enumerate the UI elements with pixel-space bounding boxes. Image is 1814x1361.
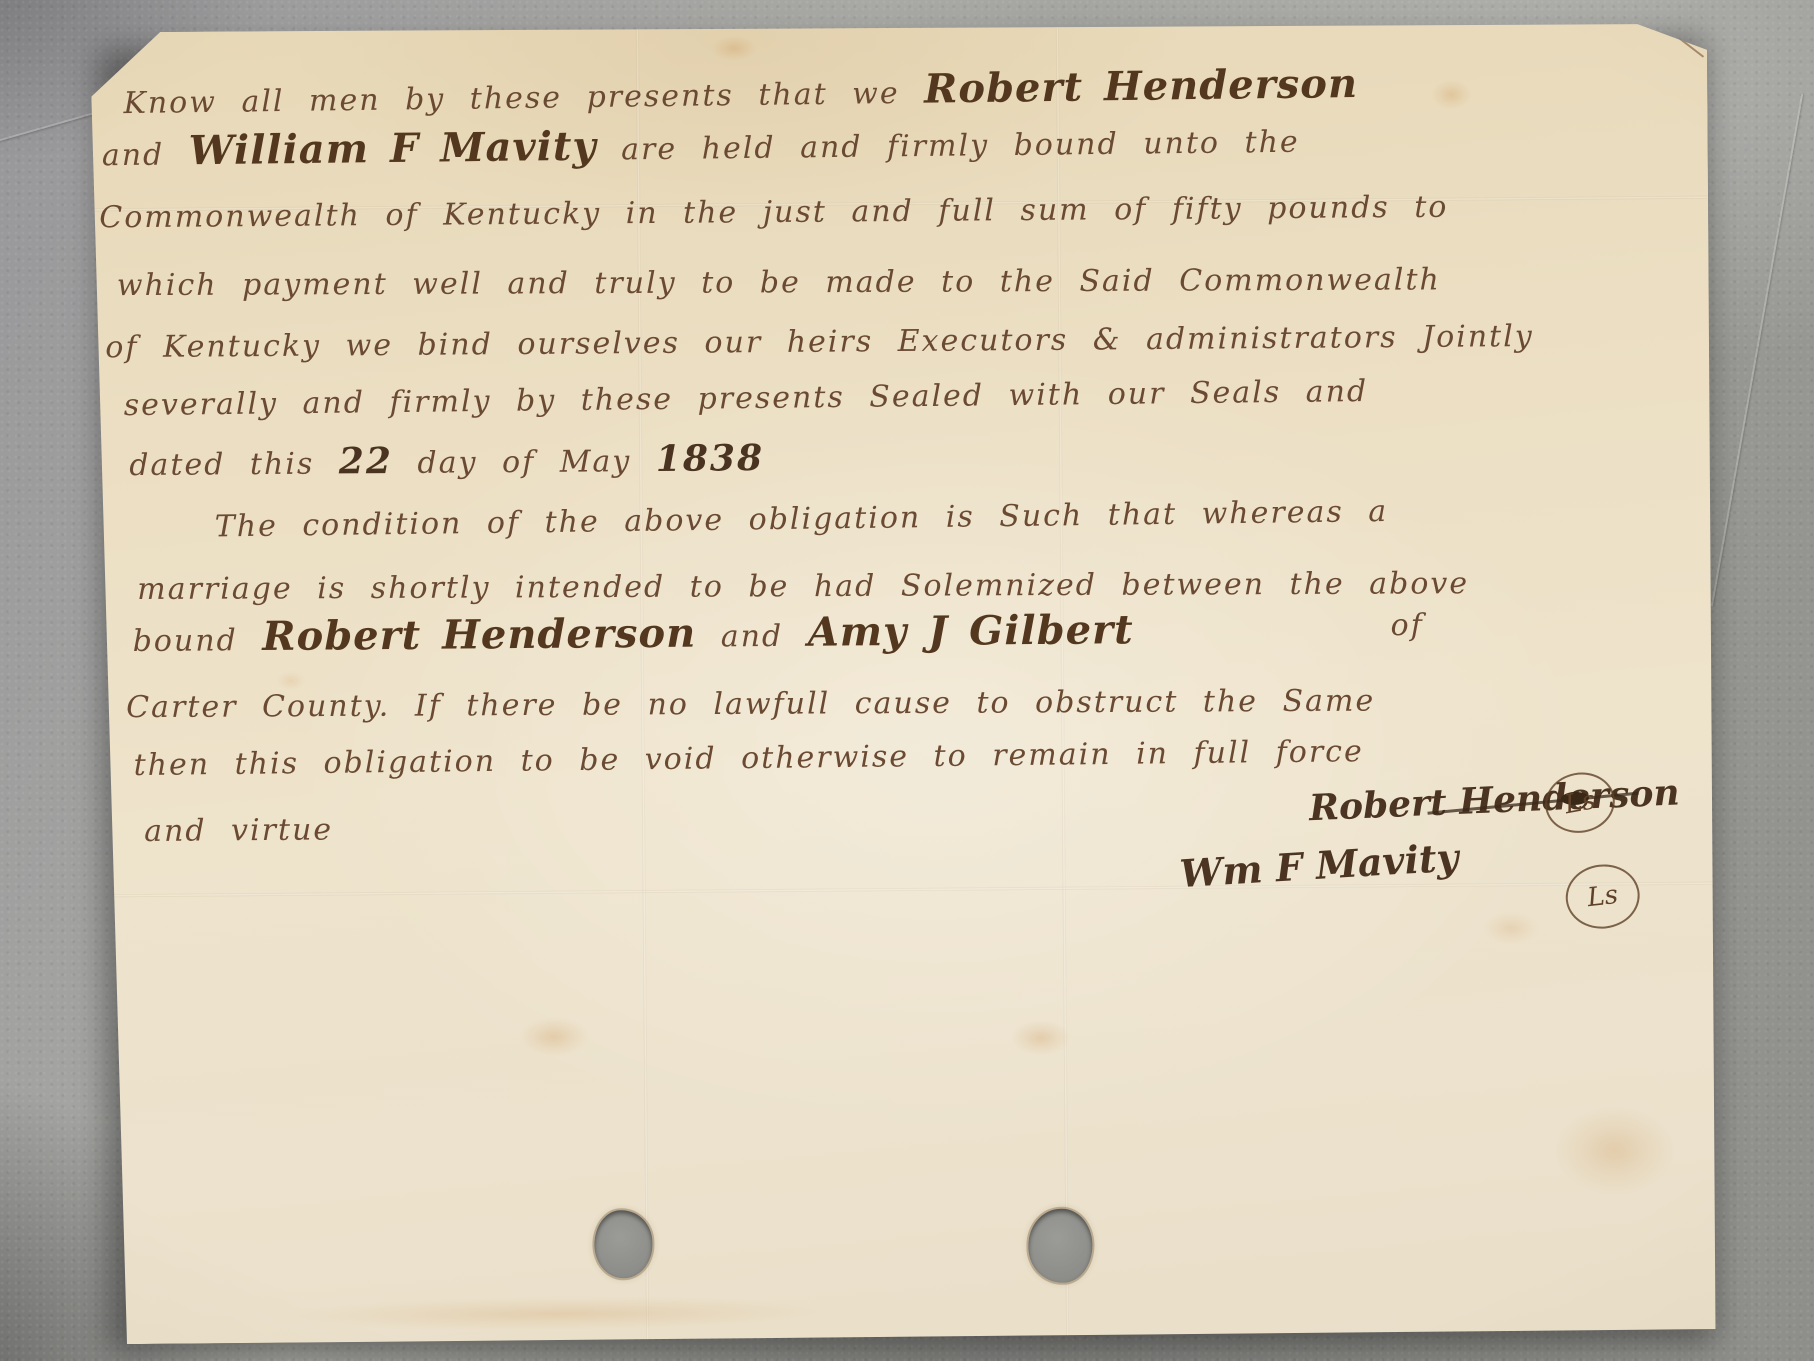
line-text: severally and firmly by these presents S… xyxy=(124,374,1369,423)
stain xyxy=(1431,80,1471,110)
document-line-13: and virtue xyxy=(144,812,333,848)
stain xyxy=(281,1295,841,1333)
seal-text: Ls xyxy=(1562,785,1598,820)
name-william-mavity: William F Mavity xyxy=(189,123,597,175)
document-line-9: marriage is shortly intended to be had S… xyxy=(137,566,1469,607)
date-year: 1838 xyxy=(656,437,765,480)
document-line-5: of Kentucky we bind ourselves our heirs … xyxy=(105,319,1534,365)
seal-text: Ls xyxy=(1586,880,1620,913)
corner-fold-mark xyxy=(1646,12,1704,57)
punch-hole-right xyxy=(1028,1209,1093,1284)
document-line-11: Carter County. If there be no lawfull ca… xyxy=(126,684,1375,726)
photo-background: Know all men by these presents that we R… xyxy=(0,0,1814,1361)
document-line-2: and William F Mavity are held and firmly… xyxy=(102,115,1300,176)
name-robert-henderson: Robert Henderson xyxy=(924,60,1358,113)
fold-crease-horizontal-bottom xyxy=(98,882,1714,898)
document-line-12: then this obligation to be void otherwis… xyxy=(133,734,1364,783)
line-text: dated this xyxy=(129,447,314,483)
document-line-3: Commonwealth of Kentucky in the just and… xyxy=(99,190,1448,236)
stain xyxy=(711,35,757,61)
stain xyxy=(1483,911,1539,945)
document-line-6: severally and firmly by these presents S… xyxy=(124,374,1369,423)
document-line-1: Know all men by these presents that we R… xyxy=(123,60,1358,123)
stain xyxy=(1011,1020,1071,1056)
line-text: marriage is shortly intended to be had S… xyxy=(137,566,1469,607)
date-day: 22 xyxy=(339,440,393,482)
line-text: The condition of the above obligation is… xyxy=(215,494,1389,544)
line-text: and xyxy=(102,138,165,174)
document-line-7-date: dated this 22 day of May 1838 xyxy=(129,437,764,484)
line-text: Commonwealth of Kentucky in the just and… xyxy=(99,190,1448,236)
punch-hole-left xyxy=(594,1210,653,1278)
line-text: day of May xyxy=(417,444,631,481)
document-paper: Know all men by these presents that we R… xyxy=(91,20,1717,1345)
seal-mark-2: Ls xyxy=(1562,861,1643,933)
line-text: then this obligation to be void otherwis… xyxy=(133,734,1364,783)
background-seam-right xyxy=(1711,94,1803,606)
document-line-8: The condition of the above obligation is… xyxy=(215,494,1389,544)
name-robert-henderson-2: Robert Henderson xyxy=(262,610,696,660)
line-text: are held and firmly bound unto the xyxy=(621,125,1300,168)
line-text: and virtue xyxy=(144,812,333,848)
line-text-of: of xyxy=(1390,608,1423,643)
stain xyxy=(519,1016,589,1057)
signature-robert-henderson: Robert Henderson xyxy=(1308,771,1680,829)
line-text: Know all men by these presents that we xyxy=(123,76,900,121)
line-text: which payment well and truly to be made … xyxy=(117,262,1441,303)
line-text: Carter County. If there be no lawfull ca… xyxy=(126,684,1375,726)
signature-text: Robert Henderson xyxy=(1308,771,1680,829)
stain xyxy=(1554,1105,1675,1196)
document-line-4: which payment well and truly to be made … xyxy=(117,262,1441,303)
line-text: bound xyxy=(133,623,238,659)
line-text: and xyxy=(721,619,784,654)
name-amy-gilbert: Amy J Gilbert xyxy=(808,606,1134,656)
stain xyxy=(276,671,306,691)
line-text: of Kentucky we bind ourselves our heirs … xyxy=(105,319,1534,365)
document-line-10: bound Robert Henderson and Amy J Gilbert… xyxy=(132,606,1133,661)
